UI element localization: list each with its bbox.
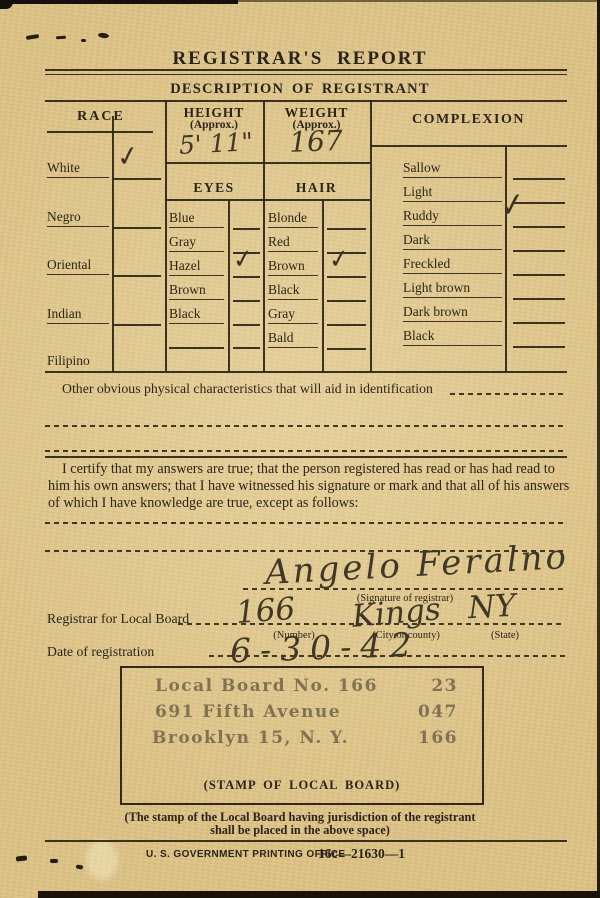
stamp-code: 23	[410, 676, 458, 696]
hair-option-gray: Gray	[268, 306, 318, 324]
eyes-option-hazel: Hazel	[169, 258, 224, 276]
title-rule-1	[45, 69, 567, 71]
eyes-header: EYES	[165, 180, 263, 196]
complexion-check-line	[513, 274, 565, 276]
other-characteristics-label: Other obvious physical characteristics t…	[62, 381, 433, 396]
race-check-divider	[112, 116, 114, 372]
hair-header: HAIR	[263, 180, 370, 196]
complexion-check-line	[513, 226, 565, 228]
stamp-code: 166	[410, 728, 458, 748]
complexion-option-dark-brown: Dark brown	[403, 304, 502, 322]
ink-speck	[26, 34, 39, 40]
other-characteristics-fill-line	[450, 393, 567, 395]
hair-check-line	[327, 276, 366, 278]
complexion-option-light: Light	[403, 184, 502, 202]
section-solid-rule	[45, 456, 567, 458]
board-number-handwritten: 166	[235, 591, 297, 631]
stamp-city-line: Brooklyn 15, N. Y.	[152, 728, 349, 748]
eyes-option-blue: Blue	[169, 210, 224, 228]
eyes-option-gray: Gray	[169, 234, 224, 252]
complexion-check-line	[513, 298, 565, 300]
table-bottom-rule	[45, 371, 567, 373]
stamp-address-line: 691 Fifth Avenue	[155, 702, 341, 722]
hair-check-line	[327, 348, 366, 350]
scan-edge-corner	[0, 0, 13, 9]
title-rule-2	[45, 74, 567, 76]
weight-value-handwritten: 167	[271, 123, 360, 159]
eyes-option-brown: Brown	[169, 282, 224, 300]
stamp-box: Local Board No. 166 23 691 Fifth Avenue …	[120, 666, 484, 805]
scan-edge-top	[0, 0, 238, 4]
eyes-empty-line	[169, 347, 224, 349]
eyes-check-line	[233, 324, 260, 326]
form-number: 16c—21630—1	[318, 846, 405, 862]
registrar-local-board-label: Registrar for Local Board	[47, 611, 189, 626]
complexion-option-ruddy: Ruddy	[403, 208, 502, 226]
scan-edge-top-right	[238, 0, 600, 2]
eyes-check-divider	[228, 200, 230, 372]
signature-line	[243, 588, 567, 590]
board-state-handwritten: NY	[467, 588, 516, 626]
hair-check-line	[327, 324, 366, 326]
stamp-of-local-board-caption: (STAMP OF LOCAL BOARD)	[122, 778, 482, 793]
race-check-line	[114, 227, 161, 229]
paper-smudge	[86, 840, 118, 880]
table-top-rule	[45, 100, 567, 102]
footer-rule	[45, 840, 567, 842]
complexion-option-dark: Dark	[403, 232, 502, 250]
section-dashed-rule	[45, 450, 567, 452]
race-check-line	[114, 324, 161, 326]
complexion-option-sallow: Sallow	[403, 160, 502, 178]
date-of-registration-label: Date of registration	[47, 644, 154, 659]
race-option-negro: Negro	[47, 209, 109, 227]
complexion-header-rule	[370, 145, 567, 147]
eyes-check-line	[233, 300, 260, 302]
height-value-handwritten: 5' 11"	[171, 127, 260, 161]
ink-speck	[56, 36, 66, 40]
eyes-check-line	[233, 276, 260, 278]
hair-check-divider	[322, 200, 324, 372]
complexion-check-line	[513, 178, 565, 180]
eyes-check-line	[233, 347, 260, 349]
race-check-line	[114, 178, 161, 180]
ink-speck	[50, 859, 58, 863]
hair-option-blonde: Blonde	[268, 210, 318, 228]
hair-option-brown: Brown	[268, 258, 318, 276]
table-divider	[165, 100, 167, 372]
height-weight-rule	[165, 162, 370, 164]
ink-speck	[98, 32, 110, 38]
registrars-report-document: REGISTRAR'S REPORT DESCRIPTION OF REGIST…	[0, 0, 600, 898]
race-header-rule	[47, 131, 153, 133]
ink-speck	[81, 39, 86, 42]
complexion-option-light-brown: Light brown	[403, 280, 502, 298]
stamp-note-line2: shall be placed in the above space)	[40, 823, 560, 838]
stamp-code: 047	[410, 702, 458, 722]
hair-option-red: Red	[268, 234, 318, 252]
race-option-filipino: Filipino	[47, 353, 90, 368]
hair-check-line	[327, 228, 366, 230]
date-value-handwritten: 6-30-42	[229, 625, 421, 671]
scan-edge-bottom	[38, 891, 600, 898]
complexion-ruddy-checkmark: ✓	[499, 185, 527, 226]
race-white-checkmark: ✓	[115, 139, 140, 174]
eyes-hazel-checkmark: ✓	[232, 243, 255, 275]
complexion-option-freckled: Freckled	[403, 256, 502, 274]
certification-text: I certify that my answers are true; that…	[48, 461, 570, 512]
fill-line	[45, 425, 567, 427]
section-subtitle: DESCRIPTION OF REGISTRANT	[0, 81, 600, 98]
ink-speck	[76, 864, 84, 869]
eyes-hair-rule	[165, 199, 370, 201]
hair-option-black: Black	[268, 282, 318, 300]
complexion-check-divider	[505, 146, 507, 372]
state-label: (State)	[474, 628, 536, 643]
exceptions-fill-line	[45, 522, 567, 524]
race-option-indian: Indian	[47, 306, 109, 324]
hair-check-line	[327, 300, 366, 302]
eyes-check-line	[233, 228, 260, 230]
table-divider	[263, 100, 265, 372]
complexion-check-line	[513, 250, 565, 252]
race-header: RACE	[45, 109, 157, 125]
stamp-board-line: Local Board No. 166	[155, 676, 378, 696]
hair-brown-checkmark: ✓	[328, 243, 351, 275]
printing-office-label: U. S. GOVERNMENT PRINTING OFFICE	[146, 849, 345, 860]
table-divider	[370, 100, 372, 372]
registrar-signature-handwritten: Angelo Feralno	[264, 537, 570, 593]
race-check-line	[114, 275, 161, 277]
complexion-option-black: Black	[403, 328, 502, 346]
complexion-header: COMPLEXION	[370, 112, 567, 128]
ink-speck	[16, 855, 27, 861]
race-option-oriental: Oriental	[47, 257, 109, 275]
race-option-white: White	[47, 160, 109, 178]
complexion-check-line	[513, 322, 565, 324]
page-title: REGISTRAR'S REPORT	[0, 48, 600, 70]
hair-option-bald: Bald	[268, 330, 318, 348]
eyes-option-black: Black	[169, 306, 224, 324]
complexion-check-line	[513, 346, 565, 348]
